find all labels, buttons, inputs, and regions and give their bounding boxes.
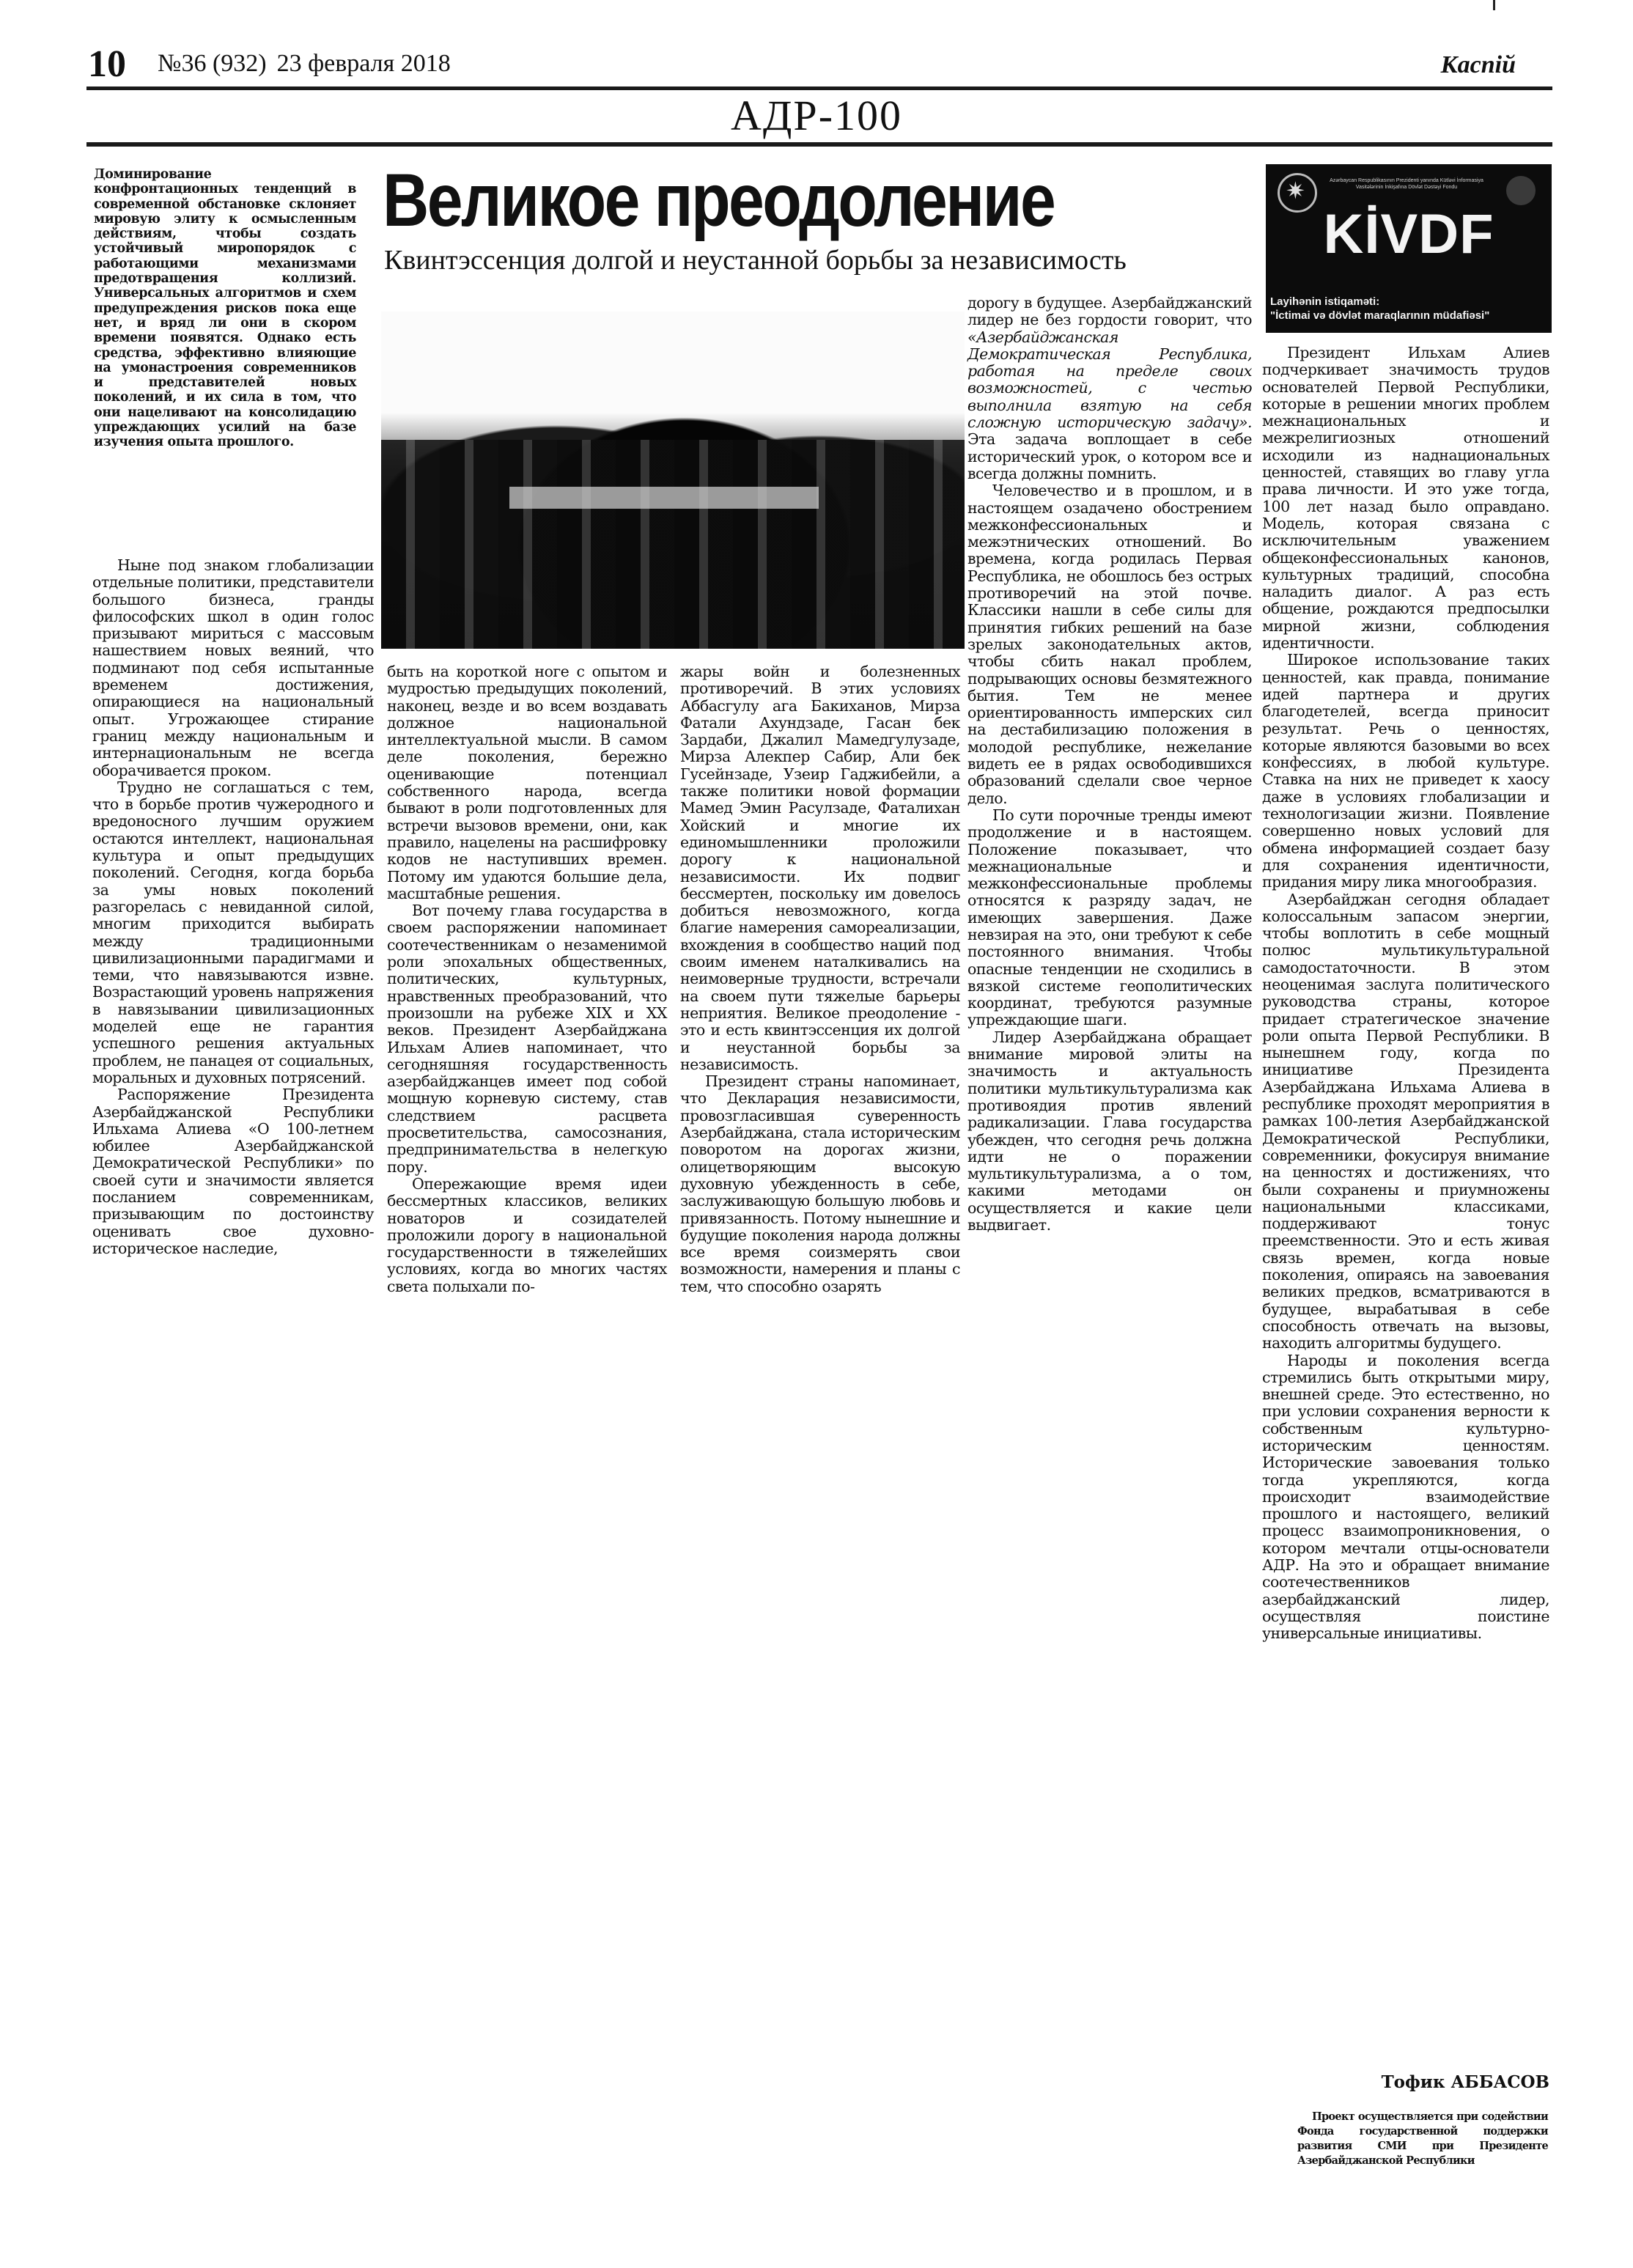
issue-number: №36 (932) bbox=[158, 50, 267, 77]
issue-date: 23 февраля 2018 bbox=[277, 50, 451, 77]
paragraph: Опережающие время идеи бессмертных класс… bbox=[387, 1176, 667, 1295]
article-column-1: Ныне под знаком глобализации отдельные п… bbox=[92, 557, 374, 1257]
paragraph: Распоряжение Президента Азербайджанской … bbox=[92, 1086, 374, 1257]
paragraph-with-quote: дорогу в будущее. Азербайджанский лидер … bbox=[967, 295, 1252, 482]
paragraph: жары войн и болезненных противоречий. В … bbox=[680, 663, 960, 1073]
fund-seal-icon bbox=[1506, 176, 1536, 205]
issue-info: №36 (932)23 февраля 2018 bbox=[158, 51, 451, 76]
paragraph: Широкое использование таких ценностей, к… bbox=[1262, 652, 1549, 891]
paragraph: Вот почему глава государства в своем рас… bbox=[387, 902, 667, 1176]
archival-photo bbox=[381, 312, 965, 649]
section-title: АДР-100 bbox=[0, 92, 1633, 139]
project-direction: Layihənin istiqaməti: "İctimai və dövlət… bbox=[1270, 295, 1489, 323]
kivdf-logo-block: Azərbaycan Respublikasının Prezidenti ya… bbox=[1266, 164, 1552, 333]
article-lede: Доминирование конфронтационных тенденций… bbox=[94, 167, 356, 450]
paragraph: Человечество и в прошлом, и в настоящем … bbox=[967, 482, 1252, 807]
header-rule-top bbox=[86, 86, 1552, 90]
paragraph: Азербайджан сегодня обладает колоссальны… bbox=[1262, 891, 1549, 1352]
photo-figures bbox=[381, 440, 965, 649]
article-column-5: Президент Ильхам Алиев подчеркивает знач… bbox=[1262, 345, 1549, 1643]
paragraph: Народы и поколения всегда стремились быт… bbox=[1262, 1352, 1549, 1643]
paragraph: Президент страны напоминает, что Деклара… bbox=[680, 1073, 960, 1295]
article-column-4: дорогу в будущее. Азербайджанский лидер … bbox=[967, 295, 1252, 1234]
article-column-3: жары войн и болезненных противоречий. В … bbox=[680, 663, 960, 1295]
paragraph: быть на короткой ноге с опытом и мудрост… bbox=[387, 663, 667, 902]
paragraph: Ныне под знаком глобализации отдельные п… bbox=[92, 557, 374, 779]
article-headline: Великое преодоление bbox=[383, 163, 1114, 238]
page-edge-mark bbox=[1493, 0, 1495, 10]
direction-label: Layihənin istiqaməti: bbox=[1270, 295, 1489, 309]
fund-org-name: Azərbaycan Respublikasının Prezidenti ya… bbox=[1323, 177, 1490, 191]
article-author: Тофик АББАСОВ bbox=[1382, 2072, 1549, 2092]
article-subheadline: Квинтэссенция долгой и неустанной борьбы… bbox=[384, 246, 1127, 274]
text: Эта задача воплощает в себе исторический… bbox=[967, 430, 1252, 482]
article-column-2: быть на короткой ноге с опытом и мудрост… bbox=[387, 663, 667, 1295]
text: дорогу в будущее. Азербайджанский лидер … bbox=[967, 294, 1252, 328]
paragraph: Лидер Азербайджана обращает внимание мир… bbox=[967, 1029, 1252, 1234]
quote: «Азербайджанская Демократическая Республ… bbox=[967, 328, 1252, 431]
header-rule-bottom bbox=[86, 142, 1552, 147]
photo-table bbox=[509, 487, 819, 509]
page-number: 10 bbox=[88, 45, 126, 84]
paragraph: Президент Ильхам Алиев подчеркивает знач… bbox=[1262, 345, 1549, 652]
paragraph: По сути порочные тренды имеют продолжени… bbox=[967, 807, 1252, 1029]
paragraph: Трудно не соглашаться с тем, что в борьб… bbox=[92, 779, 374, 1086]
newspaper-name: Каспiй bbox=[1441, 53, 1516, 78]
kivdf-wordmark: KİVDF bbox=[1266, 207, 1552, 262]
direction-value: "İctimai və dövlət maraqlarının müdafiəs… bbox=[1270, 309, 1489, 323]
sponsor-footnote: Проект осуществляется при содействии Фон… bbox=[1297, 2110, 1548, 2168]
